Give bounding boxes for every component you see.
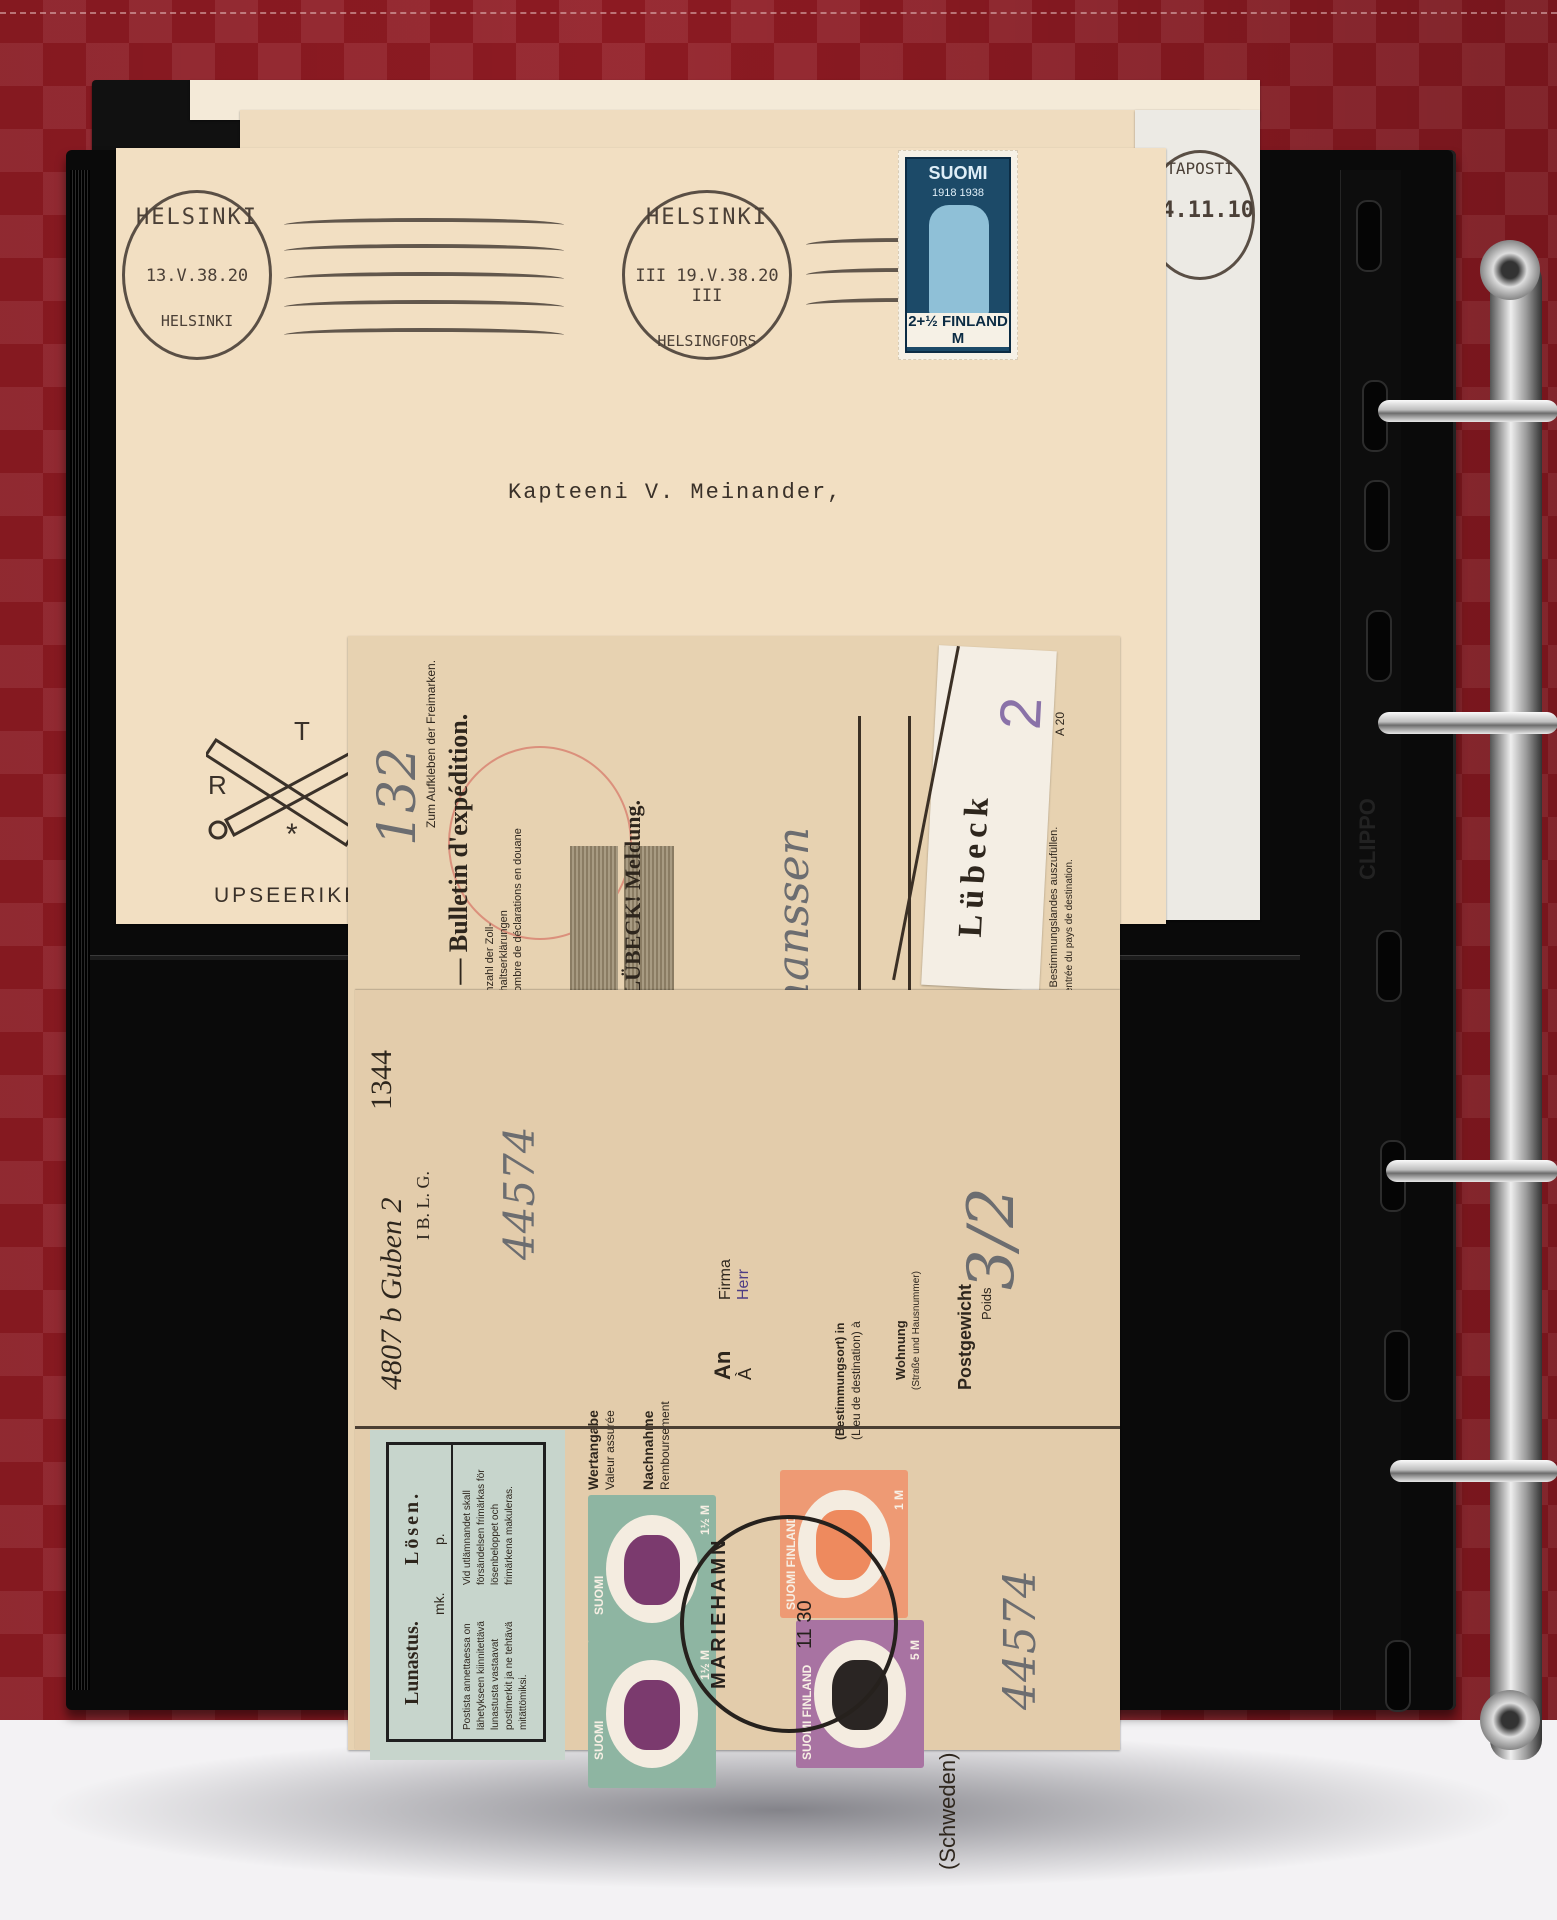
declarations-label: inhaltserklärungen	[498, 910, 510, 1000]
ring-mechanism	[1490, 260, 1542, 1760]
envelope-back	[240, 110, 1240, 150]
losen-title-sv: Lösen.	[401, 1491, 424, 1565]
postmark-date: III 19.V.38.20 III	[625, 266, 789, 306]
punch-hole	[1356, 200, 1382, 272]
binder-ring[interactable]	[1378, 400, 1557, 422]
cancel-postmark: MARIEHAMN 11 30	[680, 1515, 898, 1733]
logo-star: *	[286, 818, 298, 852]
number-box: 1344	[365, 1050, 399, 1110]
postmark-town: HELSINGFORS	[625, 332, 789, 350]
punch-hole	[1366, 610, 1392, 682]
cancel-date: 11 30	[794, 1600, 817, 1649]
ring-rivet	[1480, 1690, 1540, 1750]
herr-label: Herr	[735, 1269, 753, 1300]
binder-shadow	[40, 1730, 1520, 1890]
to-label: À	[735, 1368, 756, 1380]
wavy-cancel	[284, 244, 564, 258]
cover-stitching	[0, 12, 1557, 14]
lion-icon	[624, 1535, 680, 1605]
value-field: Remboursement	[658, 1401, 672, 1490]
form-divider	[355, 1426, 1120, 1429]
to-label: An	[710, 1351, 736, 1380]
postmark-town: HELSINKI	[625, 205, 789, 230]
losen-text-fi: Postista annettaessa on lähetykseen kiin…	[461, 1600, 531, 1730]
stamp-value: 1 M	[892, 1490, 906, 1510]
lubeck-label[interactable]: Lübeck 2	[921, 645, 1057, 991]
binder-brand: CLIPPO	[1355, 780, 1385, 880]
losen-title-fi: Lunastus.	[401, 1621, 424, 1705]
stamp-suomi-1938[interactable]: SUOMI 1918 1938 2+½ FINLAND M	[898, 150, 1018, 360]
weight-label: Postgewicht	[955, 1284, 976, 1390]
stamp-years: 1918 1938	[907, 187, 1009, 199]
wavy-cancel	[284, 328, 564, 342]
binder-ring[interactable]	[1378, 712, 1557, 734]
losen-text-sv: Vid utlämnandet skall försändelsen frimä…	[461, 1455, 517, 1585]
value-field: Valeur assurée	[603, 1410, 617, 1490]
address-line: Kapteeni V. Meinander,	[508, 480, 842, 505]
lower-handwritten: 44574	[995, 1570, 1046, 1710]
origin-sub: I B. L. G.	[413, 1171, 434, 1240]
declarations-label: Anzahl der Zoll-	[484, 923, 496, 1000]
punch-hole	[1384, 1330, 1410, 1402]
lower-text: (Schweden)	[935, 1753, 961, 1870]
binder-ring[interactable]	[1386, 1160, 1557, 1182]
cancel-text: MARIEHAMN	[708, 1538, 731, 1689]
logo-letter: R	[208, 770, 227, 801]
wavy-cancel	[284, 218, 564, 232]
form-code: A 20	[1053, 712, 1067, 736]
residence-label: Wohnung	[893, 1320, 908, 1380]
punch-hole	[1385, 1640, 1411, 1712]
losen-frame: Lunastus. Lösen. mk. p. Postista annetta…	[386, 1442, 546, 1742]
handwritten-id: 44574	[495, 1126, 544, 1260]
postmark-town: HELSINKI	[125, 312, 269, 330]
origin-label: 4807 b Guben 2	[375, 1198, 409, 1390]
weight-handwritten: 3/2	[955, 1187, 1029, 1290]
label-handwritten: 2	[987, 696, 1056, 732]
stamp-value: 1½ M	[698, 1505, 712, 1535]
punch-hole	[1364, 480, 1390, 552]
page-edges	[70, 170, 90, 1690]
losen-unit: p.	[431, 1533, 447, 1545]
firma-label: Firma	[717, 1259, 735, 1300]
losen-label[interactable]: Lunastus. Lösen. mk. p. Postista annetta…	[370, 1430, 565, 1760]
ring-rivet	[1480, 240, 1540, 300]
lion-icon	[624, 1680, 680, 1750]
stamp-value: 2+½ FINLAND M	[907, 313, 1009, 347]
stamp-country: SUOMI	[592, 1721, 606, 1760]
wavy-cancel	[284, 300, 564, 314]
stamp-value: 5 M	[908, 1640, 922, 1660]
soldier-figure	[929, 205, 989, 315]
destination-label: (Bestimmungsort) in	[833, 1323, 847, 1440]
destination-label: (Lieu de destination) à	[849, 1321, 863, 1440]
stamp-design: SUOMI 1918 1938 2+½ FINLAND M	[905, 157, 1011, 353]
punch-hole	[1376, 930, 1402, 1002]
handwritten-number: 132	[368, 747, 428, 846]
value-field: Wertangabe	[585, 1410, 601, 1490]
wavy-cancel	[284, 272, 564, 286]
binder-ring[interactable]	[1390, 1460, 1557, 1482]
value-field: Nachnahme	[640, 1411, 656, 1490]
weight-label: Poids	[979, 1287, 994, 1320]
postmark-left: HELSINKI 13.V.38.20 HELSINKI	[122, 190, 272, 360]
stamp-country: SUOMI	[907, 163, 1009, 184]
postmark-date: 13.V.38.20	[125, 266, 269, 286]
form-line	[908, 716, 911, 1016]
losen-unit: mk.	[431, 1592, 447, 1615]
declarations-label: Nombre de déclarations en douane	[512, 828, 524, 1000]
losen-divider	[451, 1445, 453, 1739]
postmark-town: HELSINKI	[125, 205, 269, 230]
stamp-country: SUOMI	[592, 1576, 606, 1615]
residence-label: (Straße und Hausnummer)	[911, 1271, 922, 1390]
logo-letter: T	[294, 716, 310, 747]
label-text: Lübeck	[952, 791, 998, 938]
logo-text: UPSEERIKE	[214, 884, 361, 908]
postmark-right: HELSINKI III 19.V.38.20 III HELSINGFORS	[622, 190, 792, 360]
